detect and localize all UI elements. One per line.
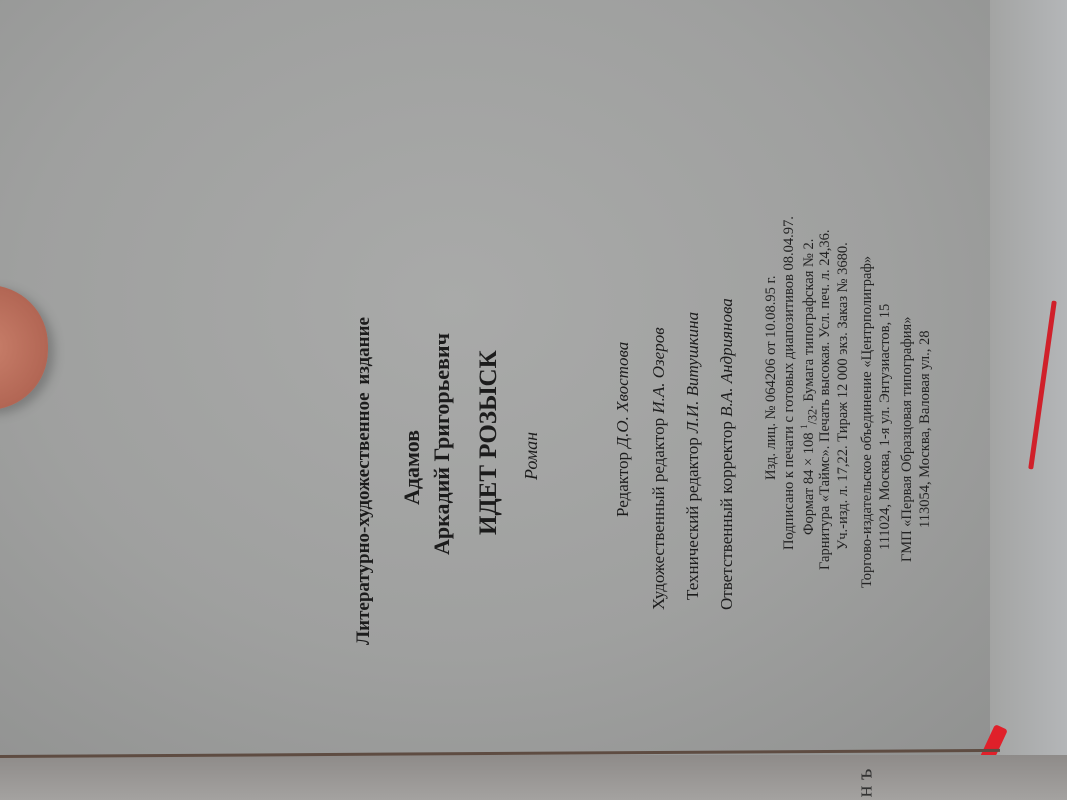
credit-role: Технический редактор — [683, 437, 702, 600]
credit-role: Редактор — [613, 452, 632, 517]
credit-art-editor: Художественный редактор И.А. Озеров — [649, 327, 669, 610]
imprint-typeface: Гарнитура «Таймс». Печать высокая. Усл. … — [817, 230, 834, 570]
author-name: Аркадий Григорьевич — [429, 333, 455, 555]
author-surname: Адамов — [399, 430, 425, 505]
credit-person: Л.И. Витушкина — [683, 312, 702, 433]
imprint-publisher-address: 111024, Москва, 1-я ул. Энтузиастов, 15 — [877, 304, 894, 550]
credit-person: Д.О. Хвостова — [613, 342, 632, 448]
credit-role: Ответственный корректор — [717, 421, 736, 610]
credit-editor: Редактор Д.О. Хвостова — [613, 342, 633, 517]
imprint-signed: Подписано к печати с готовых диапозитиво… — [781, 216, 798, 550]
imprint-printer: ГМП «Первая Образцовая типография» — [899, 317, 916, 562]
facing-page — [0, 755, 1067, 800]
credit-person: В.А. Андриянова — [717, 298, 736, 417]
imprint-print-run: Уч.-изд. л. 17,22. Тираж 12 000 экз. Зак… — [835, 242, 852, 550]
credit-tech-editor: Технический редактор Л.И. Витушкина — [683, 312, 703, 600]
imprint-license: Изд. лиц. № 064206 от 10.08.95 г. — [763, 276, 780, 481]
credit-proofreader: Ответственный корректор В.А. Андриянова — [717, 298, 737, 610]
book-genre: Роман — [521, 432, 542, 480]
imprint-printer-address: 113054, Москва, Валовая ул., 28 — [917, 330, 934, 528]
page-stack-edge — [990, 0, 1067, 800]
credit-person: И.А. Озеров — [649, 327, 668, 413]
imprint-publisher: Торгово-издательское объединение «Центрп… — [859, 256, 876, 588]
credit-role: Художественный редактор — [649, 418, 668, 610]
colophon-text-block: Литературно-художественное издание Адамо… — [351, 180, 911, 700]
facing-page-text-fragment: н ъ — [851, 769, 877, 798]
book-title: ИДЕТ РОЗЫСК — [475, 350, 503, 535]
series-label: Литературно-художественное издание — [353, 317, 375, 645]
